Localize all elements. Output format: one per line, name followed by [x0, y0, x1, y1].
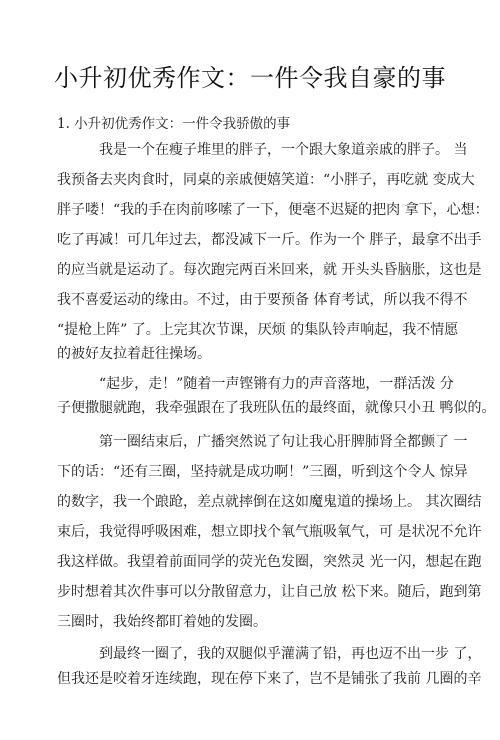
essay-line: “起步，走！”随着一声铿锵有力的声音落地，一群活泼 分: [99, 375, 445, 393]
essay-line: 子便撒腿就跑，我牵强跟在了我班队伍的最终面，就像只小丑 鸭似的。: [57, 399, 445, 417]
essay-line: 我是一个在瘦子堆里的胖子，一个跟大象道亲戚的胖子。 当: [99, 141, 445, 159]
essay-line: 我这样做。我望着前面同学的荧光色发圈，突然灵 光一闪，想起在跑: [57, 553, 445, 571]
essay-line: 吃了再减！可几年过去，都没减下一斤。作为一个 胖子，最拿不出手: [57, 231, 445, 249]
essay-line: 的数字，我一个踉跄，差点就摔倒在这如魔鬼道的操场上。 其次圈结: [57, 493, 445, 511]
essay-line: 三圈时，我始终都盯着她的发圈。: [57, 613, 445, 631]
essay-line: 但我还是咬着牙连续跑，现在停下来了，岂不是铺张了我前 几圈的辛: [57, 670, 445, 688]
essay-line: “提枪上阵” 了。上完其次节课，厌烦 的集队铃声响起，我不情愿: [57, 321, 445, 339]
essay-line: 下的话：“还有三圈，坚持就是成功啊！”三圈，听到这个令人 惊异: [57, 463, 445, 481]
essay-line: 胖子喽！“我的手在肉前哆嗦了一下，便毫不迟疑的把肉 拿下，心想：: [57, 201, 445, 219]
essay-line: 束后，我觉得呼吸困难，想立即找个氧气瓶吸氧气，可 是状况不允许: [57, 523, 445, 541]
essay-line: 第一圈结束后，广播突然说了句让我心肝脾肺肾全都颤了 一: [99, 433, 445, 451]
essay-line: 到最终一圈了，我的双腿似乎灌满了铅，再也迈不出一步 了，: [99, 645, 445, 663]
essay-line: 的被好友拉着赶往操场。: [57, 345, 445, 363]
essay-line: 步时想着其次件事可以分散留意力，让自己放 松下来。随后，跑到第: [57, 583, 445, 601]
essay-line: 我预备去夹肉食时，同桌的亲戚便嬉笑道：“小胖子，再吃就 变成大: [57, 171, 445, 189]
essay-line: 的应当就是运动了。每次跑完两百米回来，就 开头头昏脑胀，这也是: [57, 261, 445, 279]
essay-line: 我不喜爱运动的缘由。不过，由于要预备 体育考试，所以我不得不: [57, 291, 445, 309]
section-heading: 1. 小升初优秀作文：一件令我骄傲的事: [57, 112, 290, 132]
document-title: 小升初优秀作文：一件令我自豪的事: [0, 58, 500, 93]
